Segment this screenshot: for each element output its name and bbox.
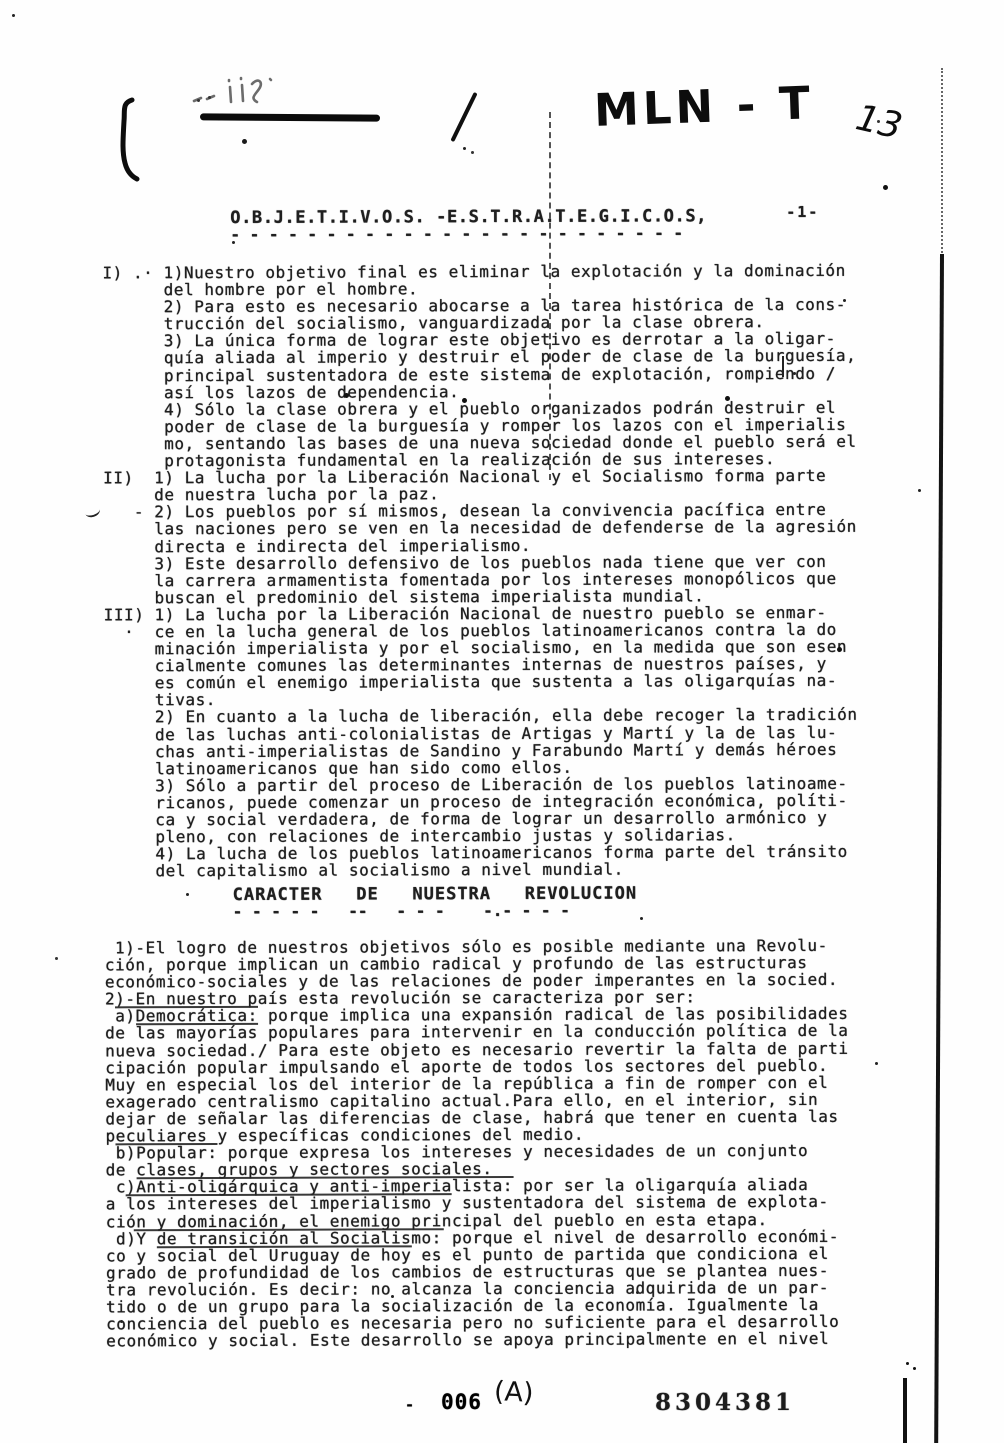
- footer-doc-number: 006: [441, 1390, 482, 1414]
- scanned-document-page: MLN - T 13 O.B.J.E.T.I.V.O.S. -E.S.T.R.A…: [0, 0, 1004, 1443]
- typed-text-layer: O.B.J.E.T.I.V.O.S. -E.S.T.R.A.T.E.G.I.C.…: [0, 0, 1004, 1443]
- scan-noise-specks: [0, 0, 3, 3]
- title-underline: - - - - - - - - - - - - - - - - - - - - …: [230, 223, 683, 244]
- stray-vertical-tick: [782, 356, 784, 377]
- footer-handwritten-suffix: (A): [493, 1376, 534, 1409]
- underline-las-mayorias: [136, 1023, 258, 1025]
- typed-page-marker: -1-: [786, 203, 819, 221]
- section-objetivos-body: I) .· 1)Nuestro objetivo final es elimin…: [102, 262, 858, 880]
- footer-stamp-number: 8304381: [655, 1389, 795, 1416]
- heading-caracter-underline: - - - - - -- - - - -.- - - -: [233, 901, 570, 921]
- corner-scan-bar: [903, 1378, 907, 1443]
- footer-dash-mark: -: [405, 1396, 414, 1414]
- scan-edge-line-top: [941, 68, 943, 256]
- underline-popular: [115, 1143, 217, 1145]
